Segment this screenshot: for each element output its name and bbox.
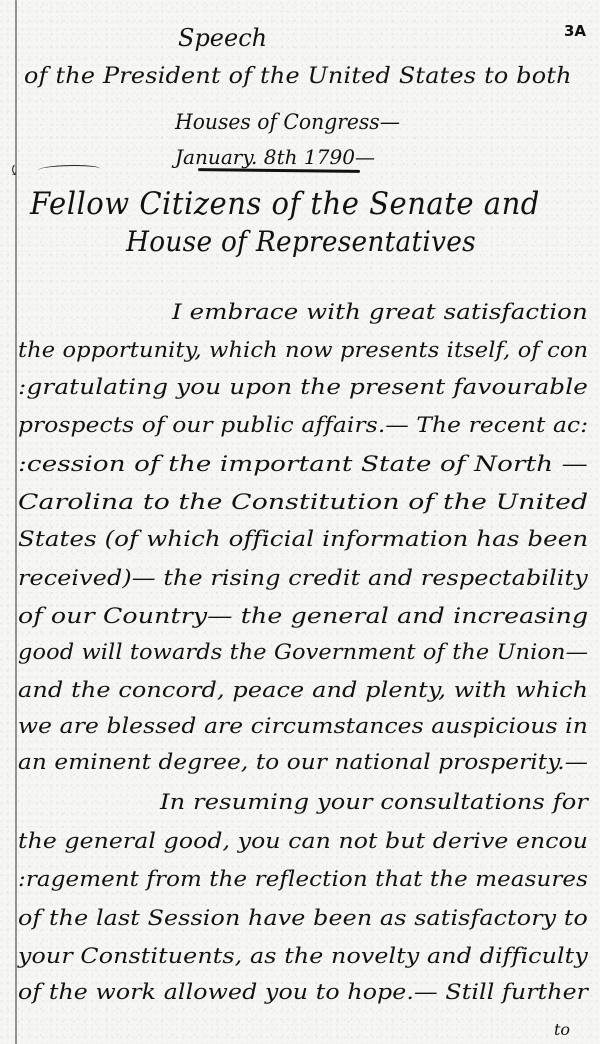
paragraph-1-line-2: the opportunity, which now presents itse… (18, 338, 588, 362)
folio-number: 3A (564, 22, 586, 40)
margin-mark: ⤹ (8, 163, 20, 179)
paragraph-1-line-5: :cession of the important State of North… (18, 452, 588, 476)
paragraph-1-line-3: :gratulating you upon the present favour… (18, 375, 588, 399)
manuscript-page: ⤹ 3A Speech of the President of the Unit… (0, 0, 600, 1044)
margin-rule (15, 0, 17, 1044)
catchword: to (554, 1020, 570, 1039)
salutation-line-1: Fellow Citizens of the Senate and (30, 186, 540, 222)
paragraph-1-line-8: received)— the rising credit and respect… (18, 566, 588, 590)
salutation-flourish (38, 165, 100, 174)
heading-speech: Speech (178, 24, 267, 52)
salutation-line-2: House of Representatives (126, 225, 476, 258)
paragraph-1-line-11: and the concord, peace and plenty, with … (18, 678, 588, 702)
paragraph-2-line-5: your Constituents, as the novelty and di… (18, 944, 588, 968)
paragraph-2-line-4: of the last Session have been as satisfa… (18, 906, 588, 930)
paragraph-1-line-6: Carolina to the Constitution of the Unit… (18, 490, 588, 514)
paragraph-1-line-13: an eminent degree, to our national prosp… (18, 750, 588, 774)
paragraph-1-line-9: of our Country— the general and increasi… (18, 604, 588, 628)
date-underline (198, 168, 360, 173)
paragraph-2-line-3: :ragement from the reflection that the m… (18, 867, 588, 891)
heading-line-2: Houses of Congress— (175, 110, 400, 134)
paragraph-1-line-4: prospects of our public affairs.— The re… (18, 413, 588, 437)
heading-date: January. 8th 1790— (175, 145, 375, 169)
paragraph-1-line-7: States (of which official information ha… (18, 527, 588, 551)
paragraph-1-line-10: good will towards the Government of the … (18, 640, 588, 664)
paragraph-2-line-1: In resuming your consultations for (160, 790, 588, 814)
paragraph-2-line-6: of the work allowed you to hope.— Still … (18, 980, 588, 1004)
paragraph-2-line-2: the general good, you can not but derive… (18, 829, 588, 853)
heading-line-1: of the President of the United States to… (24, 64, 572, 89)
paragraph-1-line-1: I embrace with great satisfaction (172, 300, 588, 324)
paragraph-1-line-12: we are blessed are circumstances auspici… (18, 714, 588, 738)
